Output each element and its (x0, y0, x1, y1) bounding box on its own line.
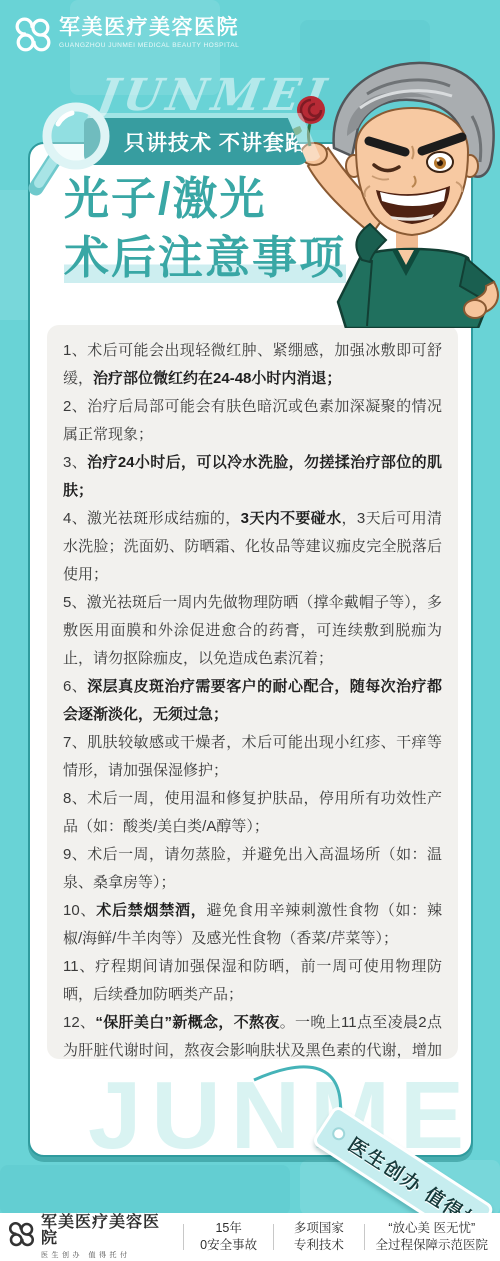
note-item: 11、疗程期间请加强保湿和防晒，前一周可使用物理防晒，后续叠加防晒类产品； (63, 953, 442, 1009)
note-item: 8、术后一周，使用温和修复护肤品，停用所有功效性产品（如：酸类/美白类/A醇等）… (63, 785, 442, 841)
magnifier-icon (28, 94, 120, 203)
poster: 军美医疗美容医院 GUANGZHOU JUNMEI MEDICAL BEAUTY… (0, 0, 500, 1261)
background-tile (0, 1165, 290, 1215)
note-item: 9、术后一周，请勿蒸脸，并避免出入高温场所（如：温泉、桑拿房等）； (63, 841, 442, 897)
slogan-text: 只讲技术 不讲套路 (124, 127, 307, 157)
hospital-logo: 军美医疗美容医院 GUANGZHOU JUNMEI MEDICAL BEAUTY… (14, 16, 239, 59)
footer-divider (183, 1224, 184, 1250)
flower-logo-icon-dark (8, 1221, 35, 1253)
note-item: 7、肌肤较敏感或干燥者，术后可能出现小红疹、干痒等情形，请加强保湿修护； (63, 729, 442, 785)
hospital-name: 军美医疗美容医院 (59, 16, 239, 39)
footer-hospital-name: 军美医疗美容医院 (41, 1215, 176, 1247)
note-item: 2、治疗后局部可能会有肤色暗沉或色素加深凝聚的情况属正常现象； (63, 393, 442, 449)
footer: 军美医疗美容医院 医生创办 值得托付 15年 0安全事故 多项国家 专利技术 “… (0, 1213, 500, 1261)
footer-divider (273, 1224, 274, 1250)
doctor-illustration (272, 46, 500, 333)
note-item: 4、激光祛斑形成结痂的，3天内不要碰水，3天后可用清水洗脸；洗面奶、防晒霜、化妆… (63, 505, 442, 589)
note-item: 6、深层真皮斑治疗需要客户的耐心配合，随每次治疗都会逐渐淡化，无须过急； (63, 673, 442, 729)
note-item: 3、治疗24小时后，可以冷水洗脸，勿搓揉治疗部位的肌肤； (63, 449, 442, 505)
footer-claim-patents: 多项国家 专利技术 (281, 1220, 356, 1255)
notes-panel: 1、术后可能会出现轻微红肿、紧绷感，加强冰敷即可舒缓，治疗部位微红约在24-48… (47, 325, 458, 1059)
flower-logo-icon (14, 16, 52, 59)
hospital-name-en: GUANGZHOU JUNMEI MEDICAL BEAUTY HOSPITAL (59, 42, 239, 49)
note-item: 5、激光祛斑后一周内先做物理防晒（撑伞戴帽子等），多敷医用面膜和外涂促进愈合的药… (63, 589, 442, 673)
footer-claim-safety: 15年 0安全事故 (191, 1220, 266, 1255)
tag-hole (330, 1124, 348, 1142)
footer-logo: 军美医疗美容医院 医生创办 值得托付 (8, 1215, 176, 1260)
note-item: 12、“保肝美白”新概念，不熬夜。一晚上11点至凌晨2点为肝脏代谢时间，熬夜会影… (63, 1009, 442, 1059)
footer-hospital-slogan: 医生创办 值得托付 (41, 1250, 176, 1260)
footer-claim-guarantee: “放心美 医无忧” 全过程保障示范医院 (372, 1220, 492, 1255)
footer-divider (364, 1224, 365, 1250)
note-item: 1、术后可能会出现轻微红肿、紧绷感，加强冰敷即可舒缓，治疗部位微红约在24-48… (63, 337, 442, 393)
note-item: 10、术后禁烟禁酒，避免食用辛辣刺激性食物（如：辣椒/海鲜/牛羊肉等）及感光性食… (63, 897, 442, 953)
